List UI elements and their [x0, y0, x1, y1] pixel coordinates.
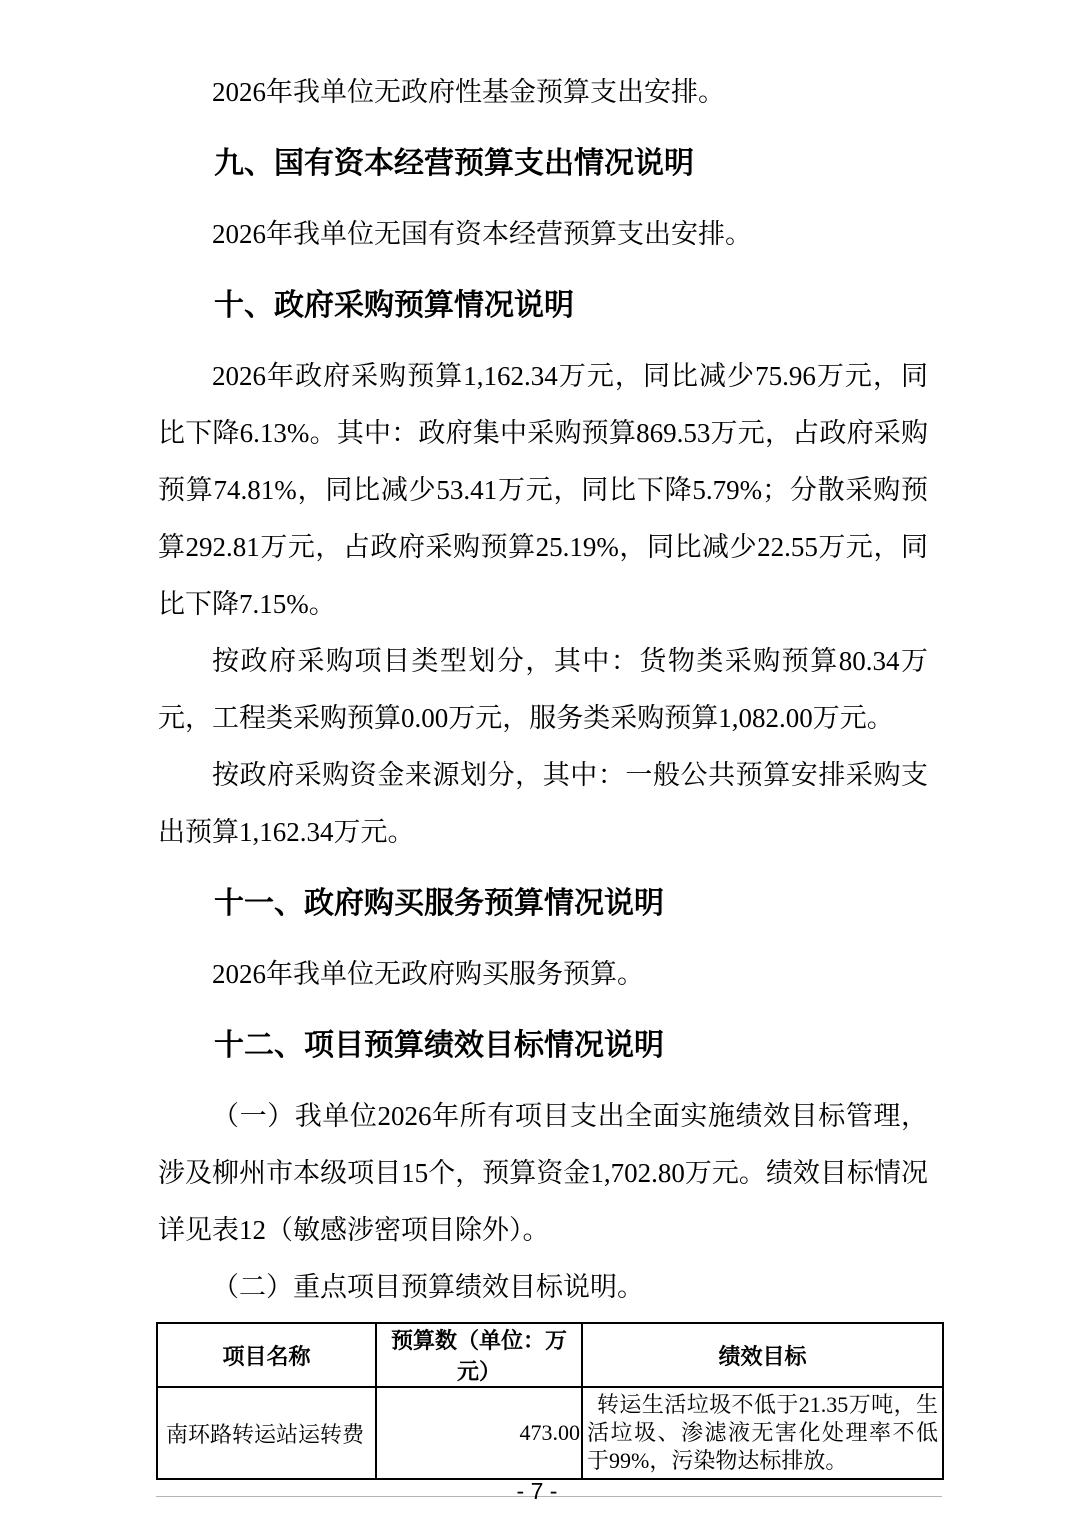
section-heading-12-performance-targets: 十二、项目预算绩效目标情况说明	[158, 1017, 928, 1074]
section-heading-11-purchased-services: 十一、政府购买服务预算情况说明	[158, 875, 928, 932]
project-name-cell: 南环路转运站运转费	[157, 1387, 376, 1479]
paragraph-no-purchased-services: 2026年我单位无政府购买服务预算。	[158, 946, 928, 1003]
paragraph-procurement-by-fund-source: 按政府采购资金来源划分，其中：一般公共预算安排采购支出预算1,162.34万元。	[158, 747, 928, 861]
budget-amount-cell: 473.00	[376, 1387, 582, 1479]
page-content: 2026年我单位无政府性基金预算支出安排。 九、国有资本经营预算支出情况说明 2…	[158, 64, 928, 1497]
performance-target-cell: 转运生活垃圾不低于21.35万吨，生活垃圾、渗滤液无害化处理率不低于99%，污染…	[582, 1387, 943, 1479]
paragraph-no-gov-fund-budget: 2026年我单位无政府性基金预算支出安排。	[158, 64, 928, 121]
paragraph-performance-target-management: （一）我单位2026年所有项目支出全面实施绩效目标管理，涉及柳州市本级项目15个…	[158, 1088, 928, 1259]
section-heading-10-gov-procurement: 十、政府采购预算情况说明	[158, 277, 928, 334]
paragraph-procurement-overview: 2026年政府采购预算1,162.34万元，同比减少75.96万元，同比下降6.…	[158, 348, 928, 633]
table-row: 南环路转运站运转费 473.00 转运生活垃圾不低于21.35万吨，生活垃圾、渗…	[157, 1387, 943, 1479]
performance-target-table: 项目名称 预算数（单位：万元） 绩效目标 南环路转运站运转费 473.00 转运…	[156, 1322, 944, 1480]
table-header-performance-target: 绩效目标	[582, 1323, 943, 1387]
paragraph-no-state-capital-budget: 2026年我单位无国有资本经营预算支出安排。	[158, 206, 928, 263]
section-heading-9-state-capital: 九、国有资本经营预算支出情况说明	[158, 135, 928, 192]
paragraph-procurement-by-type: 按政府采购项目类型划分，其中：货物类采购预算80.34万元，工程类采购预算0.0…	[158, 633, 928, 747]
table-header-project-name: 项目名称	[157, 1323, 376, 1387]
table-header-row: 项目名称 预算数（单位：万元） 绩效目标	[157, 1323, 943, 1387]
table-header-budget-amount: 预算数（单位：万元）	[376, 1323, 582, 1387]
page-number: - 7 -	[0, 1478, 1074, 1505]
paragraph-key-project-targets-intro: （二）重点项目预算绩效目标说明。	[158, 1259, 928, 1316]
